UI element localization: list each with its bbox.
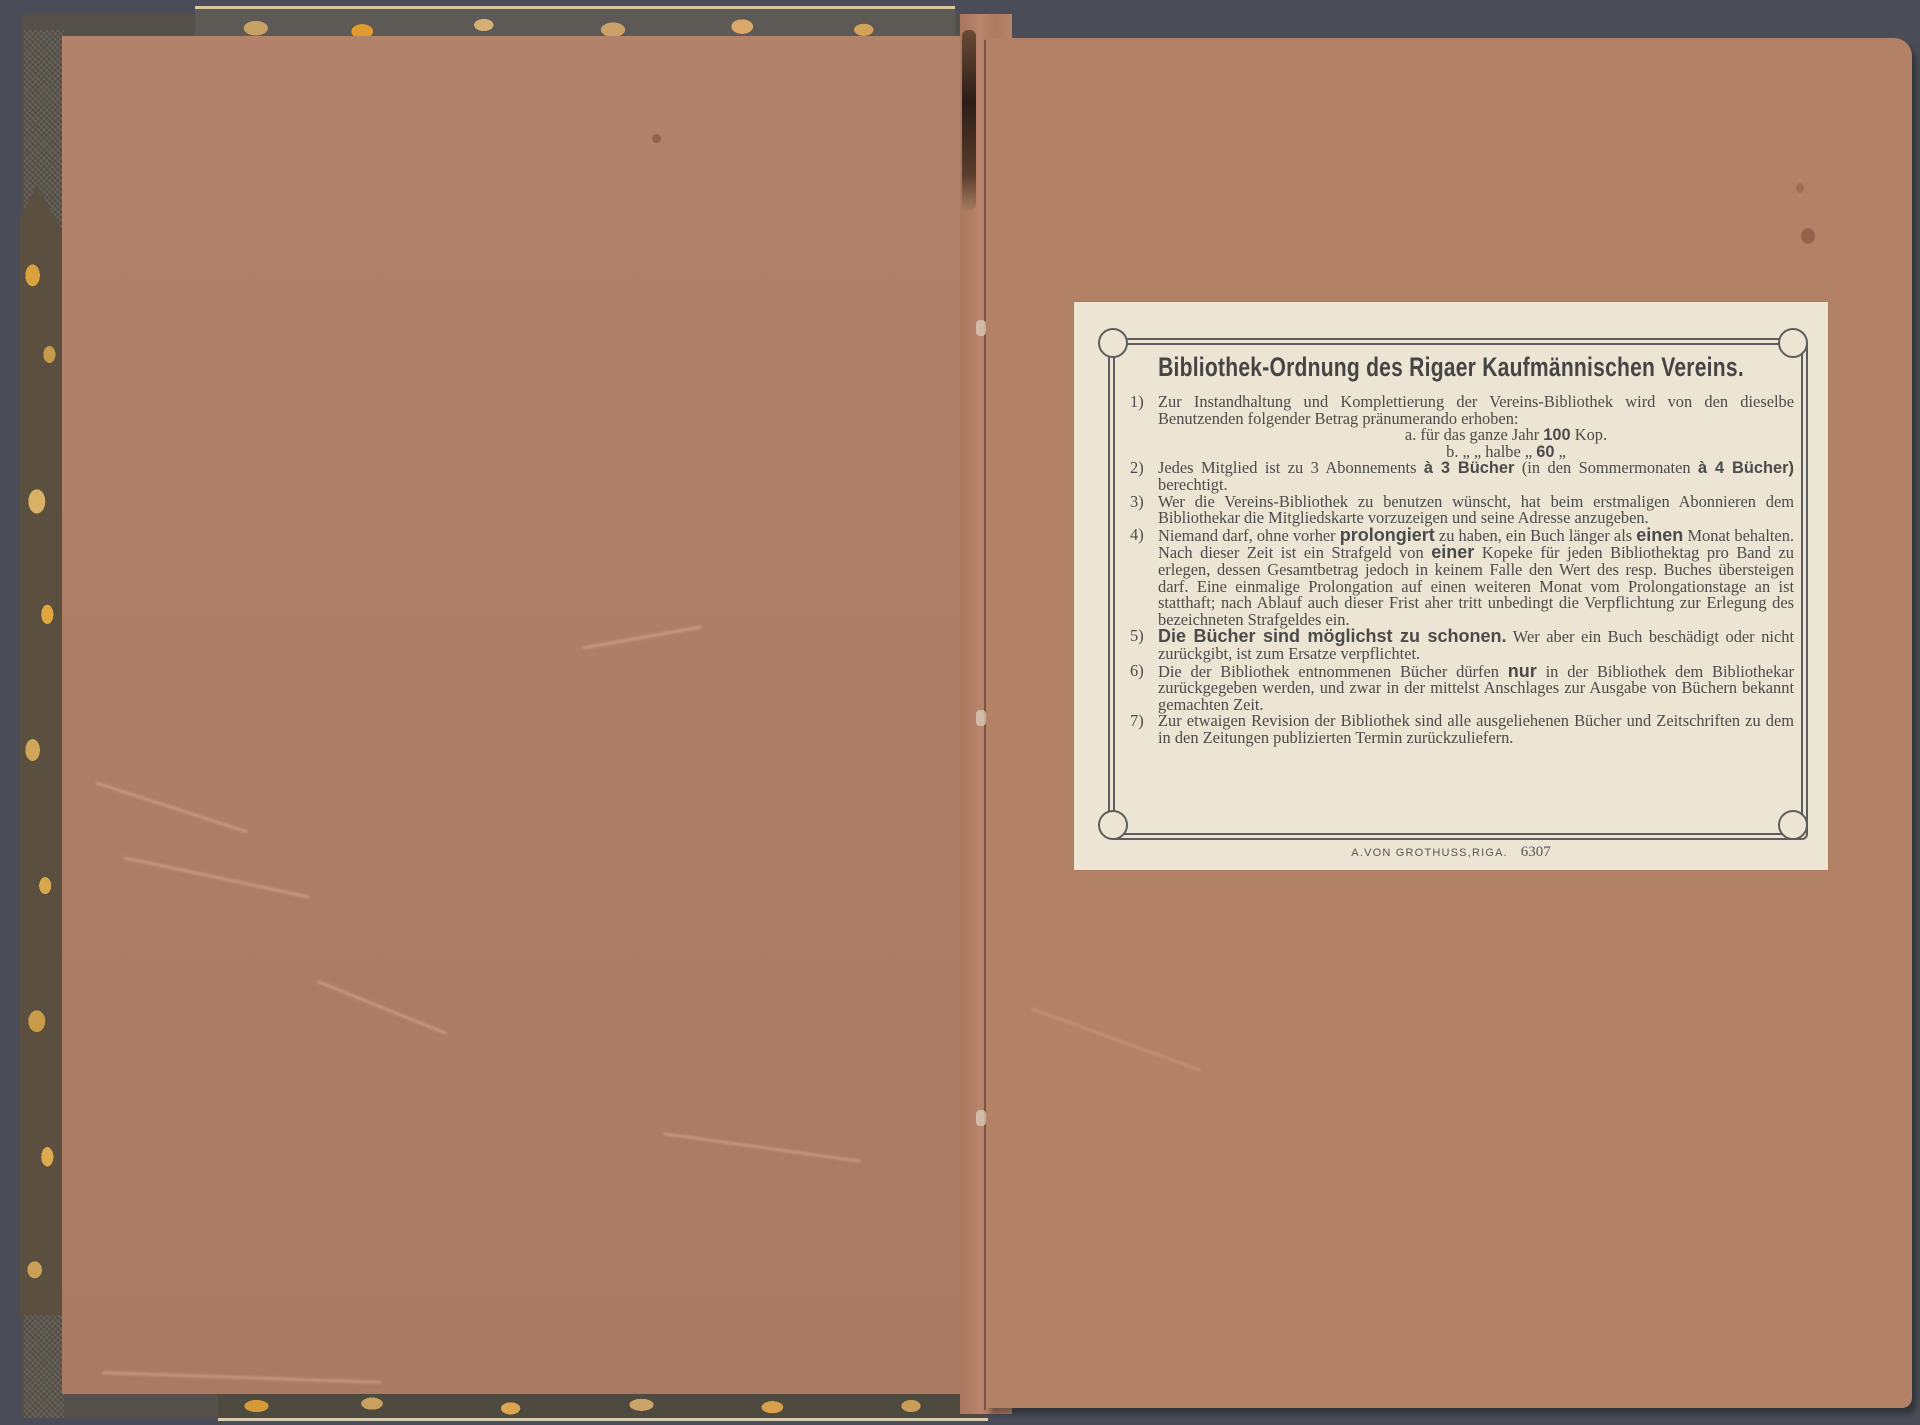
rule-2: 2) Jedes Mitglied ist zu 3 Abonnements à… xyxy=(1130,460,1794,493)
printer-name: A.VON GROTHUSS,RIGA. xyxy=(1351,847,1508,859)
rule-number: 5) xyxy=(1130,628,1144,645)
left-pastedown xyxy=(62,36,986,1394)
rule-emphasis: à 4 Bücher) xyxy=(1698,459,1794,477)
stitch xyxy=(976,320,986,336)
paper-wrinkle xyxy=(317,980,448,1035)
marbled-paper-left xyxy=(20,185,62,1315)
stitch xyxy=(976,710,986,726)
rule-number: 6) xyxy=(1130,663,1144,680)
foxing-spot xyxy=(1796,183,1804,193)
frame-ornament-tr xyxy=(1778,328,1808,358)
rule-text: Niemand darf, ohne vorher xyxy=(1158,526,1340,545)
rule-emphasis: einen xyxy=(1636,525,1683,545)
stitch xyxy=(976,1110,986,1126)
rule-text: (in den Sommermonaten xyxy=(1514,458,1698,477)
rule-text: Zur etwaigen Revision der Bibliothek sin… xyxy=(1158,711,1794,747)
marbled-paper-bottom xyxy=(218,1394,988,1421)
paper-wrinkle xyxy=(1031,1007,1201,1071)
book-scan: Bibliothek-Ordnung des Rigaer Kaufmännis… xyxy=(0,0,1920,1425)
library-rules-label: Bibliothek-Ordnung des Rigaer Kaufmännis… xyxy=(1074,302,1828,870)
rule-3: 3) Wer die Vereins-Bibliothek zu benutze… xyxy=(1130,494,1794,527)
frame-ornament-bl xyxy=(1098,810,1128,840)
rule-number: 4) xyxy=(1130,527,1144,544)
print-number: 6307 xyxy=(1521,844,1551,860)
frame-ornament-tl xyxy=(1098,328,1128,358)
rule-number: 7) xyxy=(1130,713,1144,730)
printer-imprint: A.VON GROTHUSS,RIGA. 6307 xyxy=(1074,844,1828,861)
rule-number: 1) xyxy=(1130,394,1144,411)
rules-list: 1) Zur Instandhaltung und Komplettierung… xyxy=(1130,394,1794,746)
paper-wrinkle xyxy=(95,781,248,833)
paper-wrinkle xyxy=(583,626,702,650)
paper-wrinkle xyxy=(663,1132,861,1163)
paper-wrinkle xyxy=(124,856,310,898)
rule-text: Wer die Vereins-Bibliothek zu benutzen w… xyxy=(1158,492,1794,528)
rule-4: 4) Niemand darf, ohne vorher prolongiert… xyxy=(1130,527,1794,629)
rule-number: 3) xyxy=(1130,494,1144,511)
spine-tear xyxy=(962,30,976,210)
rule-emphasis: à 3 Bücher xyxy=(1424,459,1515,477)
rule-1: 1) Zur Instandhaltung und Komplettierung… xyxy=(1130,394,1794,460)
rule-text: Zur Instandhaltung und Komplettierung de… xyxy=(1158,392,1794,428)
frame-ornament-br xyxy=(1778,810,1808,840)
rule-5: 5) Die Bücher sind möglichst zu schonen.… xyxy=(1130,628,1794,662)
rule-emphasis: prolongiert xyxy=(1340,525,1435,545)
rule-6: 6) Die der Bibliothek entnommenen Bücher… xyxy=(1130,663,1794,714)
paper-wrinkle xyxy=(102,1371,382,1384)
foxing-spot xyxy=(1801,228,1815,244)
rule-7: 7) Zur etwaigen Revision der Bibliothek … xyxy=(1130,713,1794,746)
fee-unit: Kop. xyxy=(1571,425,1607,444)
ink-spot xyxy=(652,134,661,143)
label-title: Bibliothek-Ordnung des Rigaer Kaufmännis… xyxy=(1157,352,1745,383)
rule-number: 2) xyxy=(1130,460,1144,477)
